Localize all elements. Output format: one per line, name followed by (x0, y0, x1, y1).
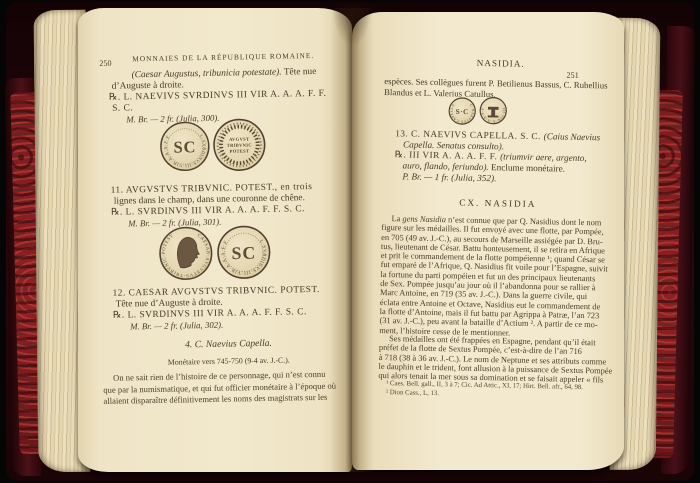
coin-text-line1: AVGVST (229, 137, 249, 142)
page-number-left: 250 (99, 59, 111, 68)
capella-date-note: Monétaire vers 745-750 (9-4 av. J.-C.). (101, 353, 357, 369)
coin-capella-sc-obverse: C·NAEVIVS·CAPELLA S·C (447, 96, 477, 126)
coin-augustus-portrait-obverse: CAESAR·AVGVSTVS·TRIBVNIC·POTEST (157, 225, 214, 282)
coin-surdinus-sc-reverse-2: L·SVRDINVS·III·VIR·A·A·A·F·F SC (215, 224, 272, 281)
coin-text-line3: POTEST (230, 148, 250, 153)
coin-illustration-row-1: L·SVRDINVS·III·VIR·A·A·A·F·F SC AVGVST T… (96, 115, 353, 178)
nasidia-paragraph-1: La gens Nasidia n’est connue que par Q. … (379, 214, 613, 339)
left-page-content: MONNAIES DE LA RÉPUBLIQUE ROMAINE. 250 (… (95, 41, 358, 426)
section-heading-nasidia: CX. NASIDIA (382, 196, 614, 212)
capella-subheading: 4. C. Naevius Capella. (100, 336, 356, 352)
entry13-latin: (Caius Naevius (544, 131, 601, 142)
coin-augustus-wreath-obverse: AVGVST TRIBVNIC POTEST (211, 117, 267, 173)
running-title-left: MONNAIES DE LA RÉPUBLIQUE ROMAINE. (95, 49, 351, 65)
coin-illustration-row-3: C·NAEVIVS·CAPELLA S·C III·VIR·A·A·A·F·F (383, 94, 616, 131)
entry13-latin: auro, flando, feriundo). (403, 160, 489, 172)
page-number-right: 251 (566, 71, 578, 80)
book-photo: MONNAIES DE LA RÉPUBLIQUE ROMAINE. 250 (… (0, 0, 700, 483)
coin-anvil-reverse: III·VIR·A·A·A·F·F (478, 96, 508, 126)
running-title-right: NASIDIA. (385, 56, 617, 72)
right-page-content: NASIDIA. 251 espèces. Ses collègues fure… (378, 46, 617, 411)
coin-sc-mark: SC (173, 137, 196, 156)
entry10-desc: Tête nue (282, 67, 317, 78)
coin-sc-mark: S·C (456, 108, 469, 116)
coin-illustration-row-2: CAESAR·AVGVSTVS·TRIBVNIC·POTEST L·SVRDIN… (98, 221, 355, 286)
coin-surdinus-sc-reverse: L·SVRDINVS·III·VIR·A·A·A·F·F SC (158, 120, 211, 173)
coin-text-line2: TRIBVNIC (227, 142, 252, 147)
entry13-desc: Enclume monétaire. (489, 162, 565, 174)
nasidia-paragraph-2: Ses médailles ont été frappées en Espagn… (378, 334, 611, 385)
coin-sc-mark: SC (231, 243, 256, 263)
text-segment: La (391, 214, 402, 223)
gens-name-italic: gens Nasidia (402, 214, 446, 224)
